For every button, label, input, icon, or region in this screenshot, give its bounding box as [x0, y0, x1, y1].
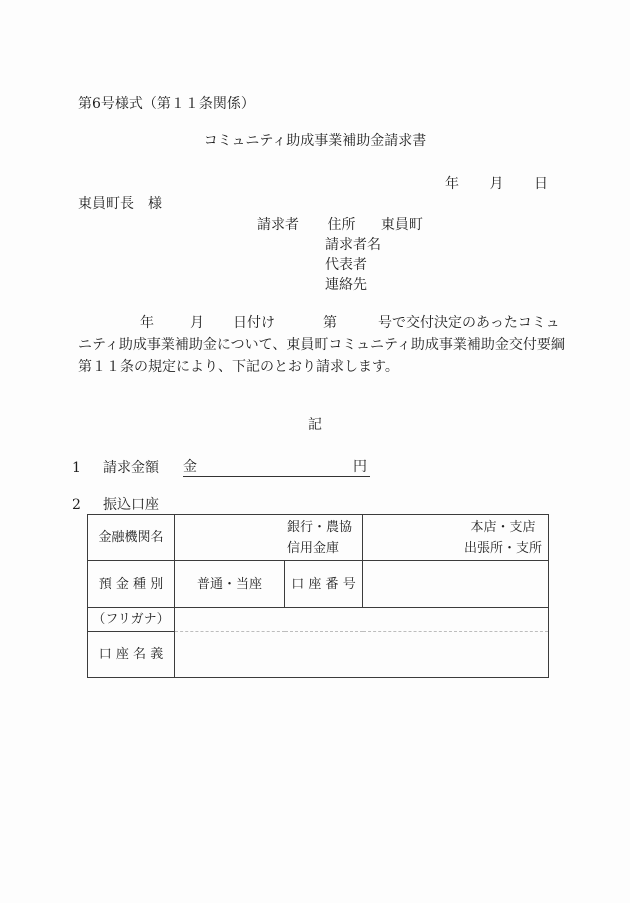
furigana-cell[interactable] — [175, 608, 549, 632]
deposit-type-options: 普通・当座 — [175, 561, 285, 608]
date-month-label: 月 — [490, 176, 504, 192]
claimant-address-value: 東員町 — [381, 217, 423, 233]
bank-name-cell[interactable]: 銀行・農協 信用金庫 — [175, 515, 363, 561]
document-title: コミュニティ助成事業補助金請求書 — [0, 133, 630, 149]
note-heading: 記 — [0, 417, 630, 433]
date-line: 年 月 日 — [445, 176, 548, 192]
claimant-representative-label: 代表者 — [325, 257, 367, 273]
item2-number: 2 — [72, 497, 81, 513]
body-line1-text: 号で交付決定のあったコミュ — [378, 315, 560, 331]
body-line2-text: ニティ助成事業補助金について、東員町コミュニティ助成事業補助金交付要綱 — [78, 337, 565, 353]
account-number-cell[interactable] — [363, 561, 549, 608]
institution-type-options: 銀行・農協 信用金庫 — [287, 517, 362, 559]
financial-institution-label: 金融機関名 — [88, 515, 175, 561]
claimant-line-address: 請求者 住所 東員町 — [257, 217, 423, 233]
institution-type-line1: 銀行・農協 — [287, 517, 352, 538]
date-day-label: 日 — [534, 176, 548, 192]
branch-type-line2: 出張所・支所 — [464, 538, 542, 559]
date-year-label: 年 — [445, 176, 459, 192]
deposit-type-label: 預 金 種 別 — [88, 561, 175, 608]
form-number: 第6号様式（第１１条関係） — [78, 96, 255, 112]
item1-number: 1 — [72, 460, 81, 476]
account-name-cell[interactable] — [175, 632, 549, 678]
transfer-account-label: 振込口座 — [103, 497, 159, 513]
body-year-label: 年 — [140, 315, 154, 331]
account-number-label: 口 座 番 号 — [285, 561, 363, 608]
document-page: 第6号様式（第１１条関係） コミュニティ助成事業補助金請求書 年 月 日 東員町… — [0, 0, 630, 903]
body-number-prefix-label: 第 — [323, 315, 337, 331]
institution-type-line2: 信用金庫 — [287, 538, 352, 559]
amount-suffix-label: 円 — [353, 459, 367, 475]
account-name-label: 口 座 名 義 — [88, 632, 175, 678]
branch-name-cell[interactable]: 本店・支店 出張所・支所 — [363, 515, 549, 561]
furigana-label: （フリガナ） — [88, 608, 175, 632]
bank-account-table: 金融機関名 銀行・農協 信用金庫 本店・支店 出張所・支所 預 金 種 別 普通… — [87, 514, 549, 678]
body-month-label: 月 — [190, 315, 204, 331]
body-line3-text: 第１１条の規定により、下記のとおり請求します。 — [78, 359, 399, 375]
amount-prefix-label: 金 — [183, 459, 197, 475]
claimant-contact-label: 連絡先 — [325, 277, 367, 293]
bank-account-table-wrap: 金融機関名 銀行・農協 信用金庫 本店・支店 出張所・支所 預 金 種 別 普通… — [87, 514, 549, 678]
claim-amount-field: 金 円 — [183, 459, 370, 477]
body-day-label: 日付け — [233, 315, 275, 331]
claimant-address-label: 住所 — [327, 217, 355, 233]
branch-type-line1: 本店・支店 — [464, 517, 542, 538]
branch-type-options: 本店・支店 出張所・支所 — [464, 517, 548, 559]
claimant-name-label: 請求者名 — [325, 237, 381, 253]
claim-amount-label: 請求金額 — [103, 460, 159, 476]
claimant-label: 請求者 — [257, 217, 299, 233]
addressee: 東員町長 様 — [78, 196, 162, 212]
